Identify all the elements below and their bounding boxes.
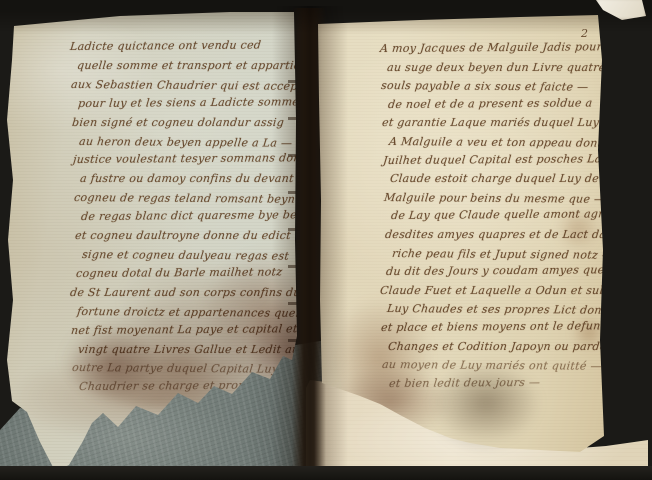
manuscript-line: bien signé et cogneu dolandur assig [71, 114, 305, 133]
stain-blot [430, 362, 542, 444]
manuscript-line: pour luy et les siens a Ladicte somme [77, 93, 305, 114]
manuscript-line: Claude Fuet et Laquelle a Odun et subrog… [379, 282, 617, 301]
stain-blot [556, 208, 600, 250]
gutter-shadow [272, 6, 348, 466]
manuscript-line: au suge deux beyen dun Livre quatre — [386, 59, 617, 78]
manuscript-line: de noel et de a present es soldue a [387, 94, 617, 114]
manuscript-line: Ladicte quictance ont vendu ced [69, 36, 305, 57]
manuscript-scan: Ladicte quictance ont vendu cedquelle so… [0, 0, 652, 480]
manuscript-line: Claude estoit charge duquel Luy de — [389, 170, 617, 189]
manuscript-line: et garantie Laque mariés duquel Luy — [381, 114, 617, 133]
manuscript-line: du dit des Jours y coudam amyes que Lay [385, 261, 617, 281]
manuscript-line: quelle somme et transport et appartient [76, 57, 305, 76]
manuscript-line: justice voulestant tesyer sommans donne [72, 150, 305, 171]
manuscript-line: A moy Jacques de Malguile Jadis pour [379, 38, 617, 58]
bottom-border [0, 466, 652, 480]
manuscript-line: Juilhet duquel Capital est posches Lay — [382, 150, 617, 170]
manuscript-line: et cogneu daultroyne donne du edict [74, 227, 305, 246]
